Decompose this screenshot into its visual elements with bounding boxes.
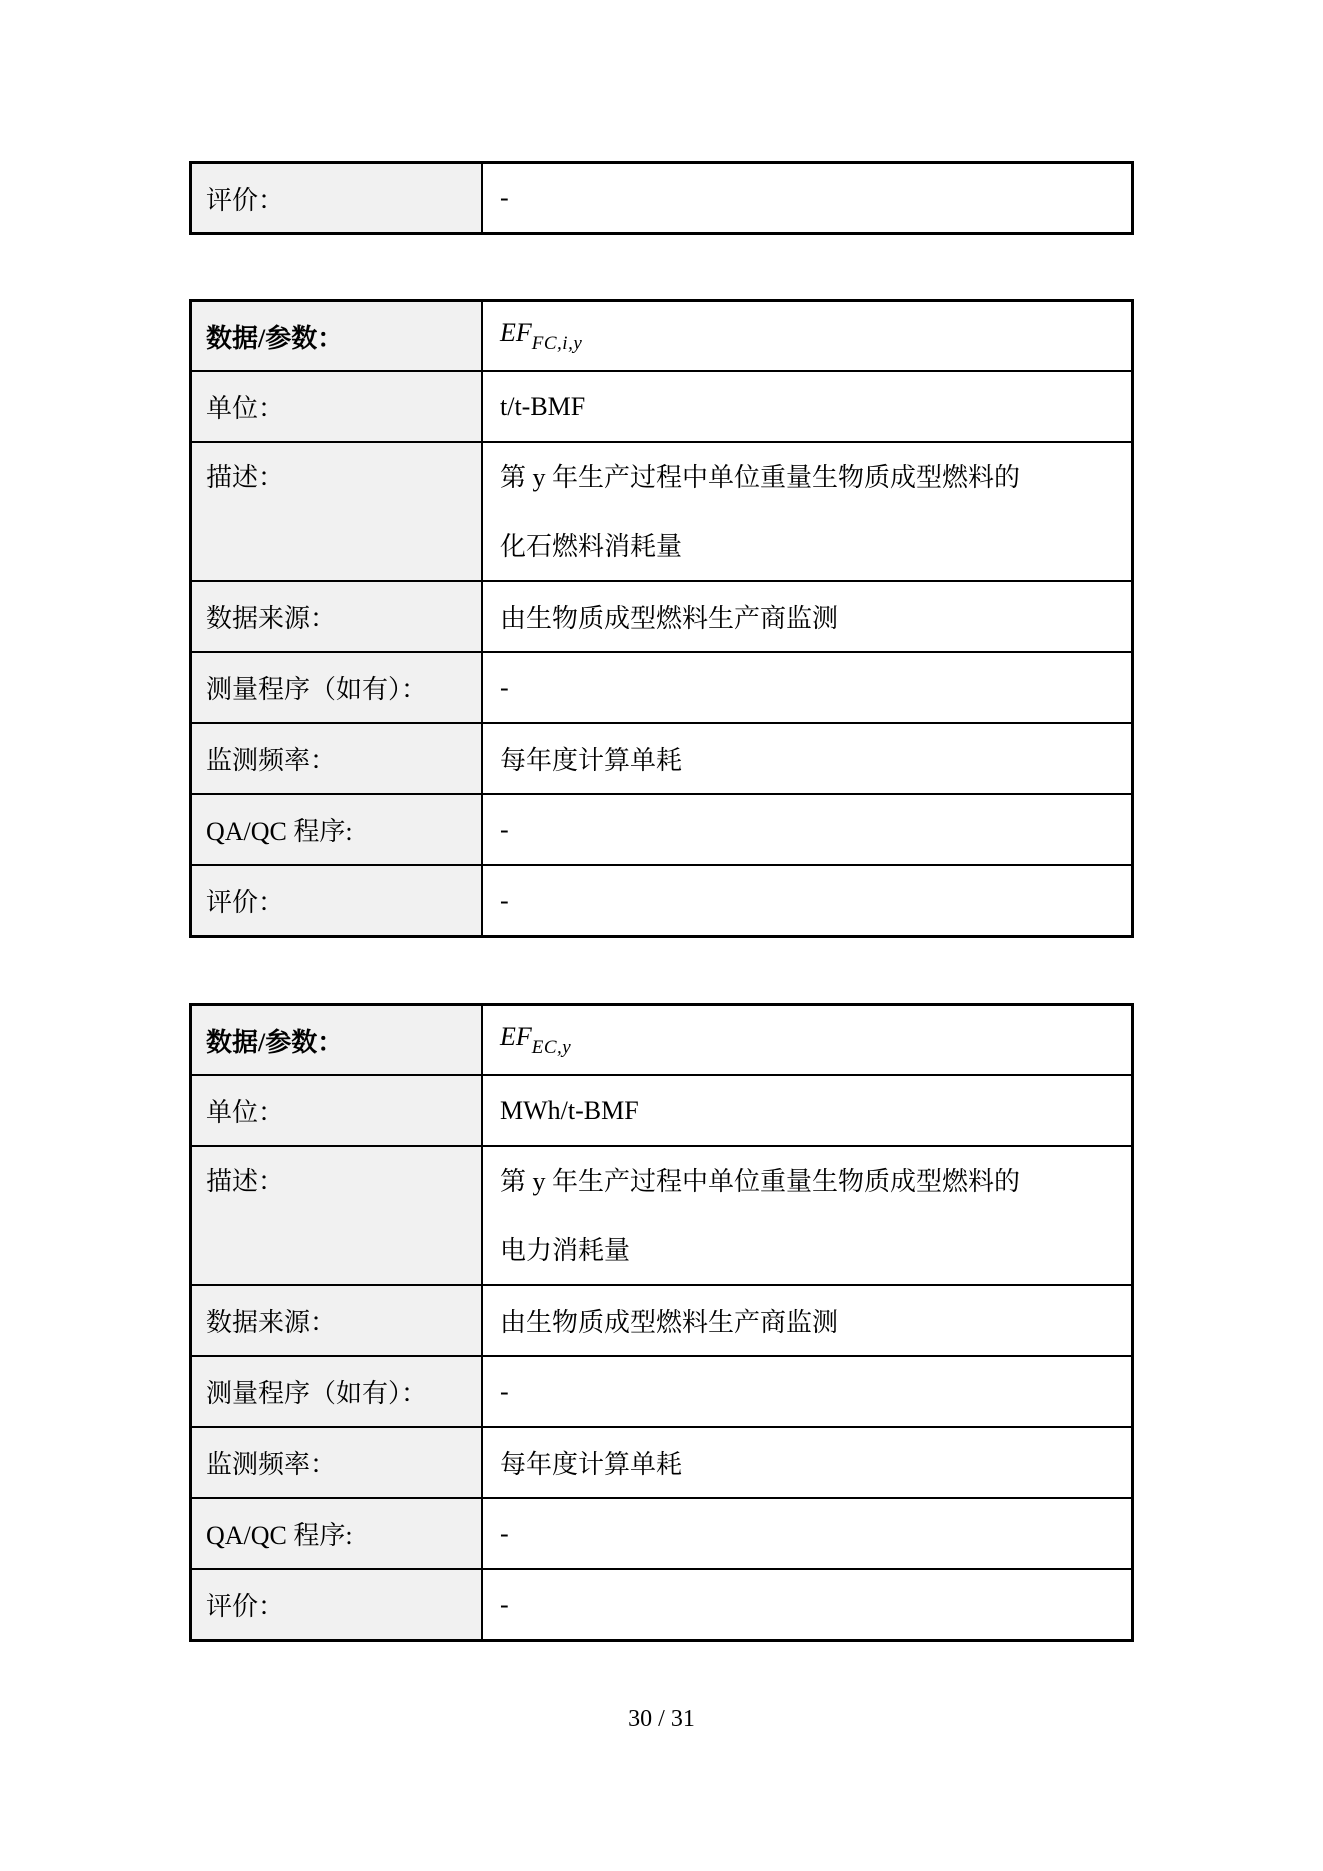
row-label-cell: QA/QC 程序: xyxy=(192,795,483,864)
description-line-1: 第 y 年生产过程中单位重量生物质成型燃料的 xyxy=(500,443,1131,512)
description-line-2: 电力消耗量 xyxy=(500,1216,1131,1285)
row-label: 数据来源： xyxy=(206,598,336,635)
row-label: 描述： xyxy=(206,443,284,512)
table-row: 单位： MWh/t-BMF xyxy=(192,1074,1131,1145)
row-label-cell: 数据/参数： xyxy=(192,302,483,370)
table-row: 测量程序（如有）： - xyxy=(192,651,1131,722)
row-label-cell: 监测频率： xyxy=(192,724,483,793)
row-label: 测量程序（如有）： xyxy=(206,669,427,706)
row-value-cell: - xyxy=(483,866,1131,935)
row-label: 单位： xyxy=(206,1092,284,1129)
row-label: 评价： xyxy=(206,1586,284,1623)
row-value-cell: 由生物质成型燃料生产商监测 xyxy=(483,582,1131,651)
table-row: 评价： - xyxy=(192,164,1131,232)
parameter-formula-cell: EFEC,y xyxy=(483,1006,1131,1074)
row-label: 数据/参数： xyxy=(206,318,343,355)
table-row: QA/QC 程序: - xyxy=(192,793,1131,864)
row-label: 数据/参数： xyxy=(206,1022,343,1059)
table-row: 数据来源： 由生物质成型燃料生产商监测 xyxy=(192,580,1131,651)
row-label-cell: 测量程序（如有）： xyxy=(192,1357,483,1426)
row-value-cell: 由生物质成型燃料生产商监测 xyxy=(483,1286,1131,1355)
table-row: 监测频率： 每年度计算单耗 xyxy=(192,722,1131,793)
row-value-cell: t/t-BMF xyxy=(483,372,1131,441)
table-row: 评价： - xyxy=(192,1568,1131,1639)
description-line-2: 化石燃料消耗量 xyxy=(500,512,1131,581)
row-value: - xyxy=(500,1590,509,1620)
table-row-header: 数据/参数： EFEC,y xyxy=(192,1006,1131,1074)
row-value-cell: - xyxy=(483,1570,1131,1639)
parameter-formula-cell: EFFC,i,y xyxy=(483,302,1131,370)
row-label-cell: 数据来源： xyxy=(192,1286,483,1355)
row-value-cell: - xyxy=(483,1357,1131,1426)
table-row: 监测频率： 每年度计算单耗 xyxy=(192,1426,1131,1497)
row-label: 测量程序（如有）： xyxy=(206,1373,427,1410)
table-row: 数据来源： 由生物质成型燃料生产商监测 xyxy=(192,1284,1131,1355)
table-row-header: 数据/参数： EFFC,i,y xyxy=(192,302,1131,370)
table-row: 单位： t/t-BMF xyxy=(192,370,1131,441)
table-row: 测量程序（如有）： - xyxy=(192,1355,1131,1426)
row-label-cell: 评价： xyxy=(192,164,483,232)
row-value-cell: 每年度计算单耗 xyxy=(483,1428,1131,1497)
row-label: 监测频率： xyxy=(206,1444,336,1481)
row-value-cell: 第 y 年生产过程中单位重量生物质成型燃料的 电力消耗量 xyxy=(483,1147,1131,1284)
table-row: QA/QC 程序: - xyxy=(192,1497,1131,1568)
row-label: 监测频率： xyxy=(206,740,336,777)
row-value: 由生物质成型燃料生产商监测 xyxy=(500,1302,838,1339)
parameter-table-fc: 数据/参数： EFFC,i,y 单位： t/t-BMF 描述： 第 y 年生产过… xyxy=(189,299,1134,938)
evaluation-table: 评价： - xyxy=(189,161,1134,235)
row-label-cell: 数据/参数： xyxy=(192,1006,483,1074)
row-value: 每年度计算单耗 xyxy=(500,1444,682,1481)
parameter-formula: EFFC,i,y xyxy=(500,318,582,355)
row-label: QA/QC 程序: xyxy=(206,811,353,848)
row-value: t/t-BMF xyxy=(500,392,585,422)
description-line-1: 第 y 年生产过程中单位重量生物质成型燃料的 xyxy=(500,1147,1131,1216)
formula-subscript: FC,i,y xyxy=(532,333,583,354)
row-value-cell: - xyxy=(483,795,1131,864)
page-number: 30 / 31 xyxy=(0,1706,1323,1733)
table-row: 评价： - xyxy=(192,864,1131,935)
formula-subscript: EC,y xyxy=(532,1037,571,1058)
row-value: - xyxy=(500,886,509,916)
row-value: - xyxy=(500,673,509,703)
formula-base: EF xyxy=(500,318,532,347)
table-row: 描述： 第 y 年生产过程中单位重量生物质成型燃料的 电力消耗量 xyxy=(192,1145,1131,1284)
row-label-cell: 单位： xyxy=(192,372,483,441)
row-label: 评价： xyxy=(206,180,284,217)
row-label: 描述： xyxy=(206,1147,284,1216)
parameter-formula: EFEC,y xyxy=(500,1022,571,1059)
row-label-cell: 描述： xyxy=(192,443,483,580)
row-value-cell: 第 y 年生产过程中单位重量生物质成型燃料的 化石燃料消耗量 xyxy=(483,443,1131,580)
row-label: 数据来源： xyxy=(206,1302,336,1339)
row-value: - xyxy=(500,1377,509,1407)
row-label: 评价： xyxy=(206,882,284,919)
row-label-cell: 描述： xyxy=(192,1147,483,1284)
row-value-cell: - xyxy=(483,1499,1131,1568)
row-label-cell: QA/QC 程序: xyxy=(192,1499,483,1568)
table-row: 描述： 第 y 年生产过程中单位重量生物质成型燃料的 化石燃料消耗量 xyxy=(192,441,1131,580)
row-value: - xyxy=(500,183,509,213)
parameter-table-ec: 数据/参数： EFEC,y 单位： MWh/t-BMF 描述： 第 y 年生产过… xyxy=(189,1003,1134,1642)
row-label-cell: 评价： xyxy=(192,1570,483,1639)
document-page: 评价： - 数据/参数： EFFC,i,y 单位： t/t-BMF xyxy=(0,0,1323,1871)
row-value-cell: - xyxy=(483,653,1131,722)
row-value: MWh/t-BMF xyxy=(500,1096,639,1126)
row-value: 由生物质成型燃料生产商监测 xyxy=(500,598,838,635)
row-value-cell: MWh/t-BMF xyxy=(483,1076,1131,1145)
row-label: 单位： xyxy=(206,388,284,425)
row-value: - xyxy=(500,815,509,845)
row-label-cell: 单位： xyxy=(192,1076,483,1145)
row-label-cell: 数据来源： xyxy=(192,582,483,651)
row-label-cell: 评价： xyxy=(192,866,483,935)
row-label: QA/QC 程序: xyxy=(206,1515,353,1552)
row-value: - xyxy=(500,1519,509,1549)
row-value-cell: 每年度计算单耗 xyxy=(483,724,1131,793)
row-label-cell: 监测频率： xyxy=(192,1428,483,1497)
row-label-cell: 测量程序（如有）： xyxy=(192,653,483,722)
row-value-cell: - xyxy=(483,164,1131,232)
formula-base: EF xyxy=(500,1022,532,1051)
row-value: 每年度计算单耗 xyxy=(500,740,682,777)
